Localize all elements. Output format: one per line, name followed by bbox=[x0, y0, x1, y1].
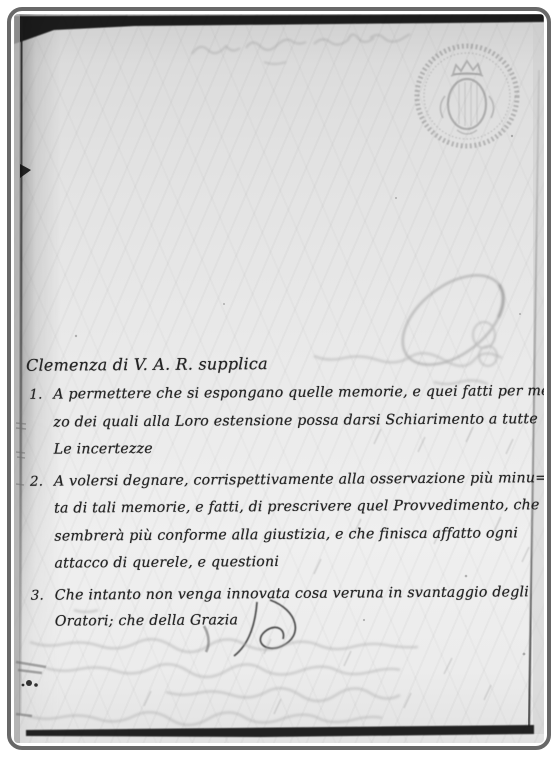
manuscript-scan: Clemenza di V. A. R. supplica 1. A perme… bbox=[14, 14, 544, 743]
text-line: zo dei quali alla Loro estensione possa … bbox=[53, 405, 544, 436]
petition-item-2: 2. A volersi degnare, corrispettivamente… bbox=[24, 465, 537, 579]
text-line: Che intanto non venga innovata cosa veru… bbox=[55, 579, 537, 608]
gutter-ink-blob bbox=[20, 164, 31, 178]
item-lines: Che intanto non venga innovata cosa veru… bbox=[55, 579, 537, 634]
text-line: attacco di querele, e questioni bbox=[54, 547, 544, 578]
scan-top-shadow-edge bbox=[14, 14, 544, 44]
text-line: ta di tali memorie, e fatti, di prescriv… bbox=[54, 492, 544, 523]
text-line: A permettere che si espongano quelle mem… bbox=[53, 378, 544, 409]
item-lines: A permettere che si espongano quelle mem… bbox=[53, 378, 544, 464]
item-number: 1. bbox=[23, 382, 54, 465]
faded-annotation-squiggle bbox=[192, 34, 410, 64]
petition-item-1: 1. A permettere che si espongano quelle … bbox=[23, 378, 536, 464]
ink-blob bbox=[22, 680, 38, 687]
gutter-fold-line bbox=[20, 18, 22, 714]
petition-item-3: 3. Che intanto non venga innovata cosa v… bbox=[25, 579, 537, 635]
viewer-frame-border: Clemenza di V. A. R. supplica 1. A perme… bbox=[7, 7, 551, 750]
text-line: Oratori; che della Grazia bbox=[55, 605, 537, 634]
text-line: A volersi degnare, corrispettivamente al… bbox=[54, 465, 544, 496]
item-lines: A volersi degnare, corrispettivamente al… bbox=[54, 465, 544, 578]
scan-bottom-shadow-edge bbox=[26, 725, 534, 737]
item-number: 3. bbox=[25, 582, 55, 634]
text-line: sembrerà più conforme alla giustizia, e … bbox=[54, 520, 544, 551]
ink-stamp-seal-icon bbox=[417, 46, 517, 146]
petition-heading: Clemenza di V. A. R. supplica bbox=[26, 348, 535, 379]
scanned-manuscript-photo: Clemenza di V. A. R. supplica 1. A perme… bbox=[0, 0, 558, 759]
item-number: 2. bbox=[24, 468, 55, 578]
text-line: Le incertezze bbox=[54, 433, 544, 464]
petition-text-block: Clemenza di V. A. R. supplica 1. A perme… bbox=[23, 348, 537, 634]
